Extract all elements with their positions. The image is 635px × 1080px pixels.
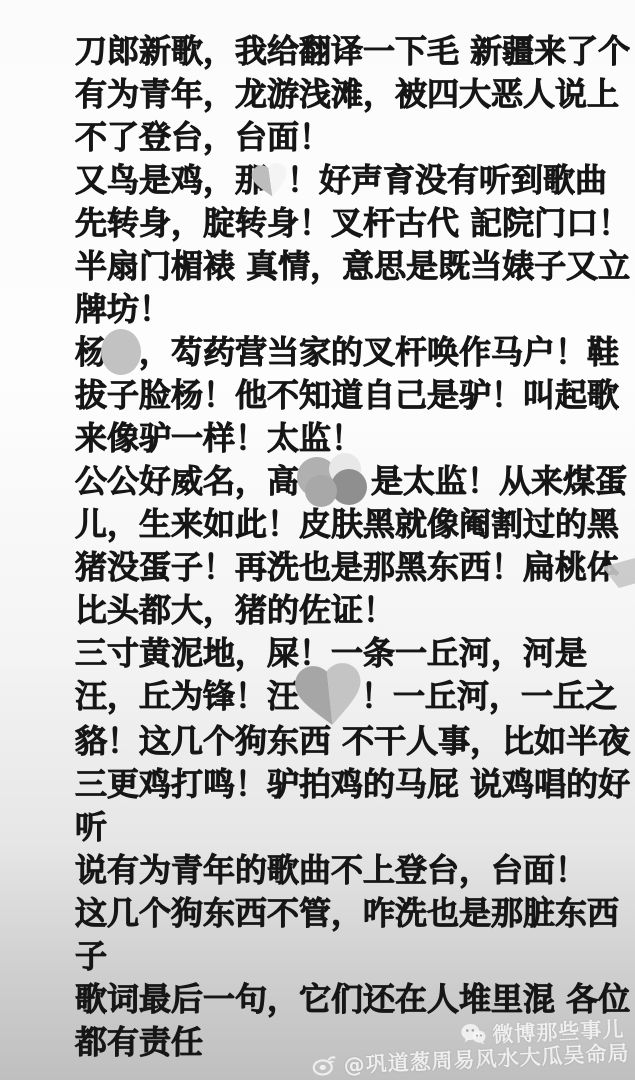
wechat-icon bbox=[460, 1022, 487, 1047]
ellipse-grey-sticker-icon bbox=[99, 327, 143, 377]
post-image: 刀郎新歌，我给翻译一下毛 新疆来了个有为青年，龙游浅滩，被四大恶人说上不了登台，… bbox=[0, 0, 635, 1080]
line-text: 不了登台，台面！ bbox=[75, 118, 331, 156]
line-text: 有为青年，龙游浅滩，被四大恶人说上 bbox=[75, 75, 619, 113]
heart-grey-sticker-icon bbox=[289, 658, 369, 730]
text-line: 公公好威名，高是太监！从来煤蛋 bbox=[75, 460, 615, 503]
text-line: 不了登台，台面！ bbox=[75, 116, 615, 159]
line-text: ！好声育没有听到歌曲 bbox=[287, 161, 607, 199]
text-line: 拔子脸杨！他不知道自己是驴！叫起歌 bbox=[75, 374, 615, 417]
text-line: 半扇门楣裱 真情，意思是既当婊子又立 bbox=[75, 245, 615, 288]
text-line: 歌词最后一句，它们还在人堆里混 各位 bbox=[75, 978, 615, 1021]
text-line: 有为青年，龙游浅滩，被四大恶人说上 bbox=[75, 73, 615, 116]
cloud-grey-sticker-icon bbox=[291, 451, 377, 509]
line-text: 是太监！从来煤蛋 bbox=[371, 462, 627, 500]
text-line: 猪没蛋子！再洗也是那黑东西！扁桃体 bbox=[75, 546, 615, 589]
heart-white-sticker-icon bbox=[249, 160, 291, 200]
line-text: 子 bbox=[75, 937, 107, 975]
line-text: 听 bbox=[75, 808, 107, 846]
text-line: 又鸟是鸡，那！好声育没有听到歌曲 bbox=[75, 159, 615, 202]
text-line: 先转身，腚转身！叉杆古代 記院门口！ bbox=[75, 202, 615, 245]
line-text: 歌词最后一句，它们还在人堆里混 各位 bbox=[75, 980, 630, 1018]
text-line: 三更鸡打鸣！驴拍鸡的马屁 说鸡唱的好 bbox=[75, 763, 615, 806]
line-text: 这几个狗东西不管，咋洗也是那脏东西 bbox=[75, 894, 619, 932]
line-text: 猪没蛋子！再洗也是那黑东西！扁桃体 bbox=[75, 548, 619, 586]
text-line: 汪，丘为锋！汪！一丘河，一丘之 bbox=[75, 675, 615, 720]
weibo-icon bbox=[311, 1054, 338, 1077]
line-text: 公公好威名，高 bbox=[75, 462, 299, 500]
line-text: 先转身，腚转身！叉杆古代 記院门口！ bbox=[75, 204, 630, 242]
text-line: 子 bbox=[75, 935, 615, 978]
line-text: 比头都大，猪的佐证！ bbox=[75, 591, 395, 629]
line-text: 牌坊！ bbox=[75, 290, 171, 328]
line-text: 拔子脸杨！他不知道自己是驴！叫起歌 bbox=[75, 376, 619, 414]
line-text: ！一丘河，一丘之 bbox=[361, 677, 617, 715]
text-line: 儿，生来如此！皮肤黑就像阉割过的黑 bbox=[75, 503, 615, 546]
line-text: 儿，生来如此！皮肤黑就像阉割过的黑 bbox=[75, 505, 619, 543]
line-text: ，芶药营当家的叉杆唤作马户！鞋 bbox=[139, 333, 619, 371]
text-line: 说有为青年的歌曲不上登台，台面！ bbox=[75, 849, 615, 892]
text-line: 刀郎新歌，我给翻译一下毛 新疆来了个 bbox=[75, 30, 615, 73]
line-text: 说有为青年的歌曲不上登台，台面！ bbox=[75, 851, 587, 889]
text-line: 牌坊！ bbox=[75, 288, 615, 331]
text-line: 杨，芶药营当家的叉杆唤作马户！鞋 bbox=[75, 331, 615, 374]
post-lines: 刀郎新歌，我给翻译一下毛 新疆来了个有为青年，龙游浅滩，被四大恶人说上不了登台，… bbox=[0, 0, 635, 1064]
line-text: 半扇门楣裱 真情，意思是既当婊子又立 bbox=[75, 247, 630, 285]
line-text: 又鸟是鸡，那 bbox=[75, 161, 267, 199]
line-text: 都有责任 bbox=[75, 1023, 203, 1061]
text-line: 比头都大，猪的佐证！ bbox=[75, 589, 615, 632]
text-line: 这几个狗东西不管，咋洗也是那脏东西 bbox=[75, 892, 615, 935]
line-text: 刀郎新歌，我给翻译一下毛 新疆来了个 bbox=[75, 32, 630, 70]
line-text: 三更鸡打鸣！驴拍鸡的马屁 说鸡唱的好 bbox=[75, 765, 630, 803]
text-line: 听 bbox=[75, 806, 615, 849]
line-text: 汪，丘为锋！汪 bbox=[75, 677, 299, 715]
